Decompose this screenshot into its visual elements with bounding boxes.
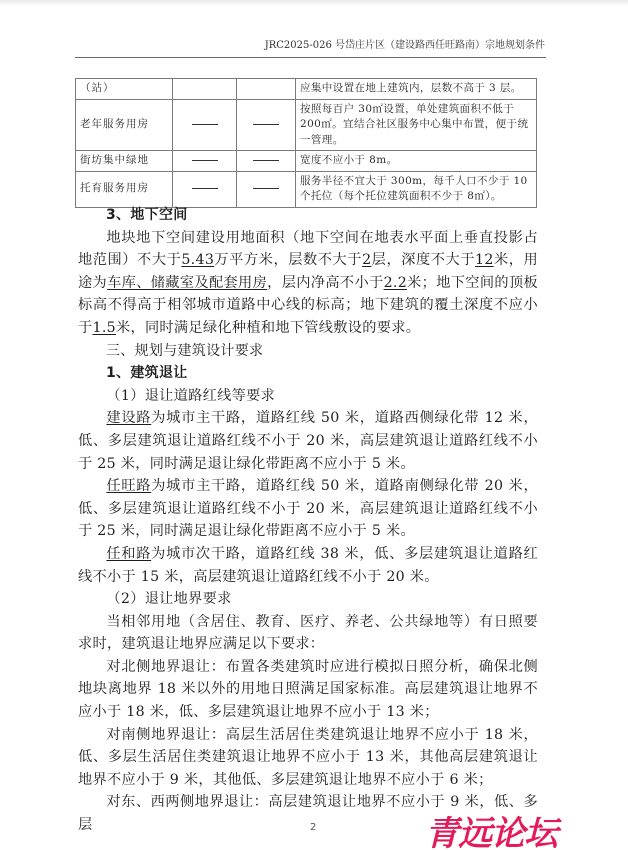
subheading-road-setback: （1）退让道路红线等要求 <box>78 385 538 408</box>
road-name: 建设路 <box>106 410 151 426</box>
facility-col3 <box>237 151 296 172</box>
facility-col2 <box>173 151 237 172</box>
facilities-table: （站） 应集中设置在地上建筑内，层数不高于 3 层。 老年服务用房 按照每百户 … <box>75 78 537 208</box>
facility-name: 街坊集中绿地 <box>76 151 173 172</box>
dash-placeholder <box>253 188 279 189</box>
dash-placeholder <box>253 124 279 125</box>
facility-col3 <box>237 99 296 151</box>
watermark-logo: 青远论坛 <box>425 806 557 850</box>
table-row: （站） 应集中设置在地上建筑内，层数不高于 3 层。 <box>76 79 537 100</box>
document-header: JRC2025-026 号岱庄片区（建设路西任旺路南）宗地规划条件 <box>75 37 546 58</box>
paragraph-road-renhe: 任和路为城市次干路，道路红线 38 米，低、多层建筑退让道路红线不小于 15 米… <box>78 543 538 588</box>
road-name: 任和路 <box>106 546 151 562</box>
facility-name: 老年服务用房 <box>76 99 173 151</box>
section-heading-setback: 1、建筑退让 <box>78 362 538 385</box>
table-row: 托育服务用房 服务半径不宜大于 300m，每千人口不少于 10 个托位（每个托位… <box>76 171 537 207</box>
header-title: JRC2025-026 号岱庄片区（建设路西任旺路南）宗地规划条件 <box>265 40 546 51</box>
table-row: 老年服务用房 按照每百户 30㎡设置，单处建筑面积不低于 200㎡。宜结合社区服… <box>76 99 537 151</box>
paragraph-underground: 地块地下空间建设用地面积（地下空间在地表水平面上垂直投影占地范围）不大于5.43… <box>78 227 538 340</box>
value-area: 5.43 <box>181 252 214 268</box>
table-row: 街坊集中绿地 宽度不应小于 8m。 <box>76 151 537 172</box>
facility-col2 <box>173 99 237 151</box>
text: ，层内净高不小于 <box>267 275 383 291</box>
part-heading-planning: 三、规划与建筑设计要求 <box>78 340 538 363</box>
paragraph-sunlight: 当相邻用地（含居住、教育、医疗、养老、公共绿地等）有日照要求时，建筑退让地界应满… <box>78 611 538 656</box>
facility-col3 <box>237 79 296 100</box>
facility-col3 <box>237 171 296 207</box>
paragraph-north: 对北侧地界退让：布置各类建筑时应进行模拟日照分析，确保北侧地块离地界 18 米以… <box>78 656 538 724</box>
value-use: 车库、储藏室及配套用房 <box>107 275 267 291</box>
value-depth: 12 <box>475 252 494 268</box>
dash-placeholder <box>192 124 218 125</box>
facility-name: （站） <box>76 79 173 100</box>
value-height: 2.2 <box>384 275 407 291</box>
facility-requirement: 按照每百户 30㎡设置，单处建筑面积不低于 200㎡。宜结合社区服务中心集中布置… <box>296 99 537 151</box>
dash-placeholder <box>192 188 218 189</box>
facility-col2 <box>173 79 237 100</box>
paragraph-road-renwang: 任旺路为城市主干路，道路红线 50 米，道路南侧绿化带 20 米，低、多层建筑退… <box>78 475 538 543</box>
value-floors: 2 <box>362 252 371 268</box>
text: 万平方米，层数不大于 <box>214 252 362 268</box>
page-number: 2 <box>310 822 316 833</box>
document-body: 3、地下空间 地块地下空间建设用地面积（地下空间在地表水平面上垂直投影占地范围）… <box>78 204 538 837</box>
paragraph-road-jianshe: 建设路为城市主干路，道路红线 50 米，道路西侧绿化带 12 米，低、多层建筑退… <box>78 407 538 475</box>
dash-placeholder <box>253 160 279 161</box>
text: 米，同时满足绿化种植和地下管线敷设的要求。 <box>116 320 420 336</box>
dash-placeholder <box>192 160 218 161</box>
paragraph-south: 对南侧地界退让：高层生活居住类建筑退让地界不应小于 18 米，低、多层生活居住类… <box>78 724 538 792</box>
road-name: 任旺路 <box>106 478 151 494</box>
text: 层，深度不大于 <box>371 252 475 268</box>
value-soil-depth: 1.5 <box>93 320 116 336</box>
page-top-shade <box>0 0 628 6</box>
facility-requirement: 服务半径不宜大于 300m，每千人口不少于 10 个托位（每个托位建筑面积不少于… <box>296 171 537 207</box>
subheading-boundary-setback: （2）退让地界要求 <box>78 588 538 611</box>
section-heading-underground: 3、地下空间 <box>78 204 538 227</box>
facility-requirement: 应集中设置在地上建筑内，层数不高于 3 层。 <box>296 79 537 100</box>
facility-col2 <box>173 171 237 207</box>
facility-name: 托育服务用房 <box>76 171 173 207</box>
facility-requirement: 宽度不应小于 8m。 <box>296 151 537 172</box>
